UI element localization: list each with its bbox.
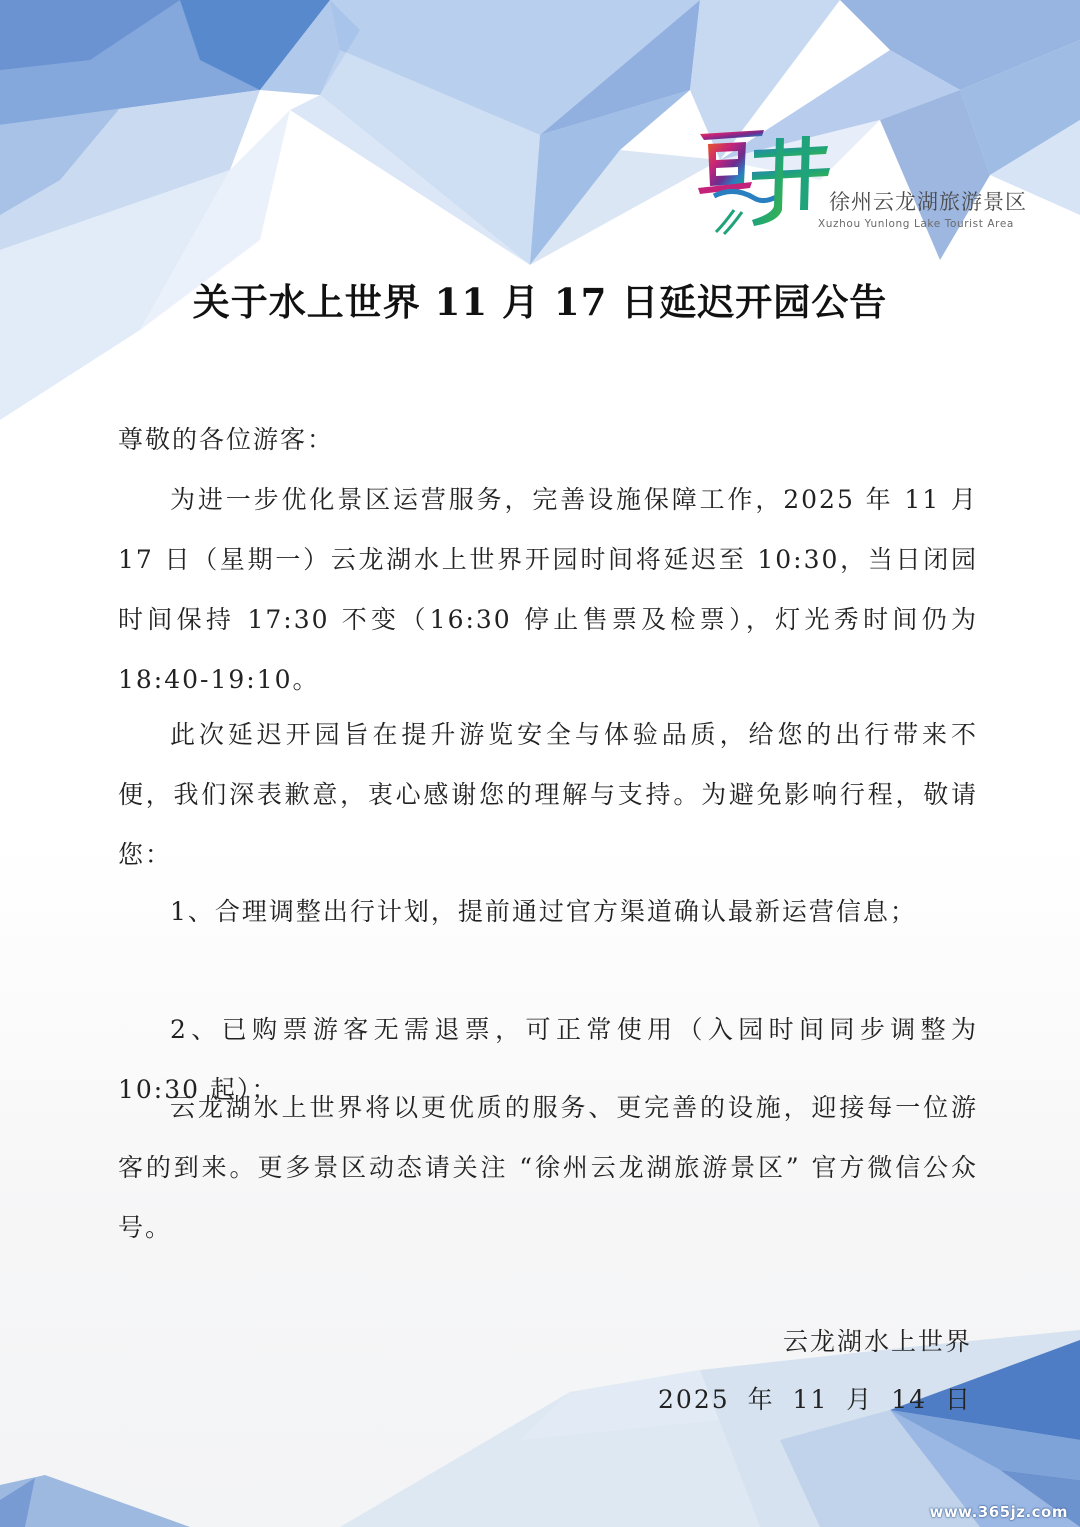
paragraph-text: 云龙湖水上世界将以更优质的服务、更完善的设施，迎接每一位游客的到来。更多景区动态…: [118, 1078, 978, 1258]
salutation-text: 尊敬的各位游客：: [118, 410, 978, 470]
logo-name-en: Xuzhou Yunlong Lake Tourist Area: [818, 218, 1014, 230]
paragraph-text: 此次延迟开园旨在提升游览安全与体验品质，给您的出行带来不便，我们深表歉意，衷心感…: [118, 705, 978, 885]
announcement-document: 徐州云龙湖旅游景区 Xuzhou Yunlong Lake Tourist Ar…: [0, 0, 1080, 1527]
site-watermark: www.365jz.com: [929, 1503, 1068, 1521]
yunlong-lake-logo-mark-icon: [694, 126, 834, 236]
paragraph-closing: 云龙湖水上世界将以更优质的服务、更完善的设施，迎接每一位游客的到来。更多景区动态…: [118, 1078, 978, 1258]
paragraph-apology: 此次延迟开园旨在提升游览安全与体验品质，给您的出行带来不便，我们深表歉意，衷心感…: [118, 705, 978, 885]
salutation: 尊敬的各位游客：: [118, 410, 978, 470]
signature-organization: 云龙湖水上世界: [783, 1322, 972, 1358]
paragraph-text: 为进一步优化景区运营服务，完善设施保障工作，2025 年 11 月 17 日（星…: [118, 470, 978, 710]
list-item-text: 1、合理调整出行计划，提前通过官方渠道确认最新运营信息；: [118, 882, 978, 942]
list-item-1: 1、合理调整出行计划，提前通过官方渠道确认最新运营信息；: [118, 882, 978, 942]
scenic-area-logo: 徐州云龙湖旅游景区 Xuzhou Yunlong Lake Tourist Ar…: [694, 126, 1054, 238]
paragraph-notice: 为进一步优化景区运营服务，完善设施保障工作，2025 年 11 月 17 日（星…: [118, 470, 978, 710]
logo-name-cn: 徐州云龙湖旅游景区: [829, 186, 1027, 216]
signature-date: 2025 年 11 月 14 日: [658, 1380, 972, 1416]
page-title: 关于水上世界 11 月 17 日延迟开园公告: [0, 272, 1080, 326]
